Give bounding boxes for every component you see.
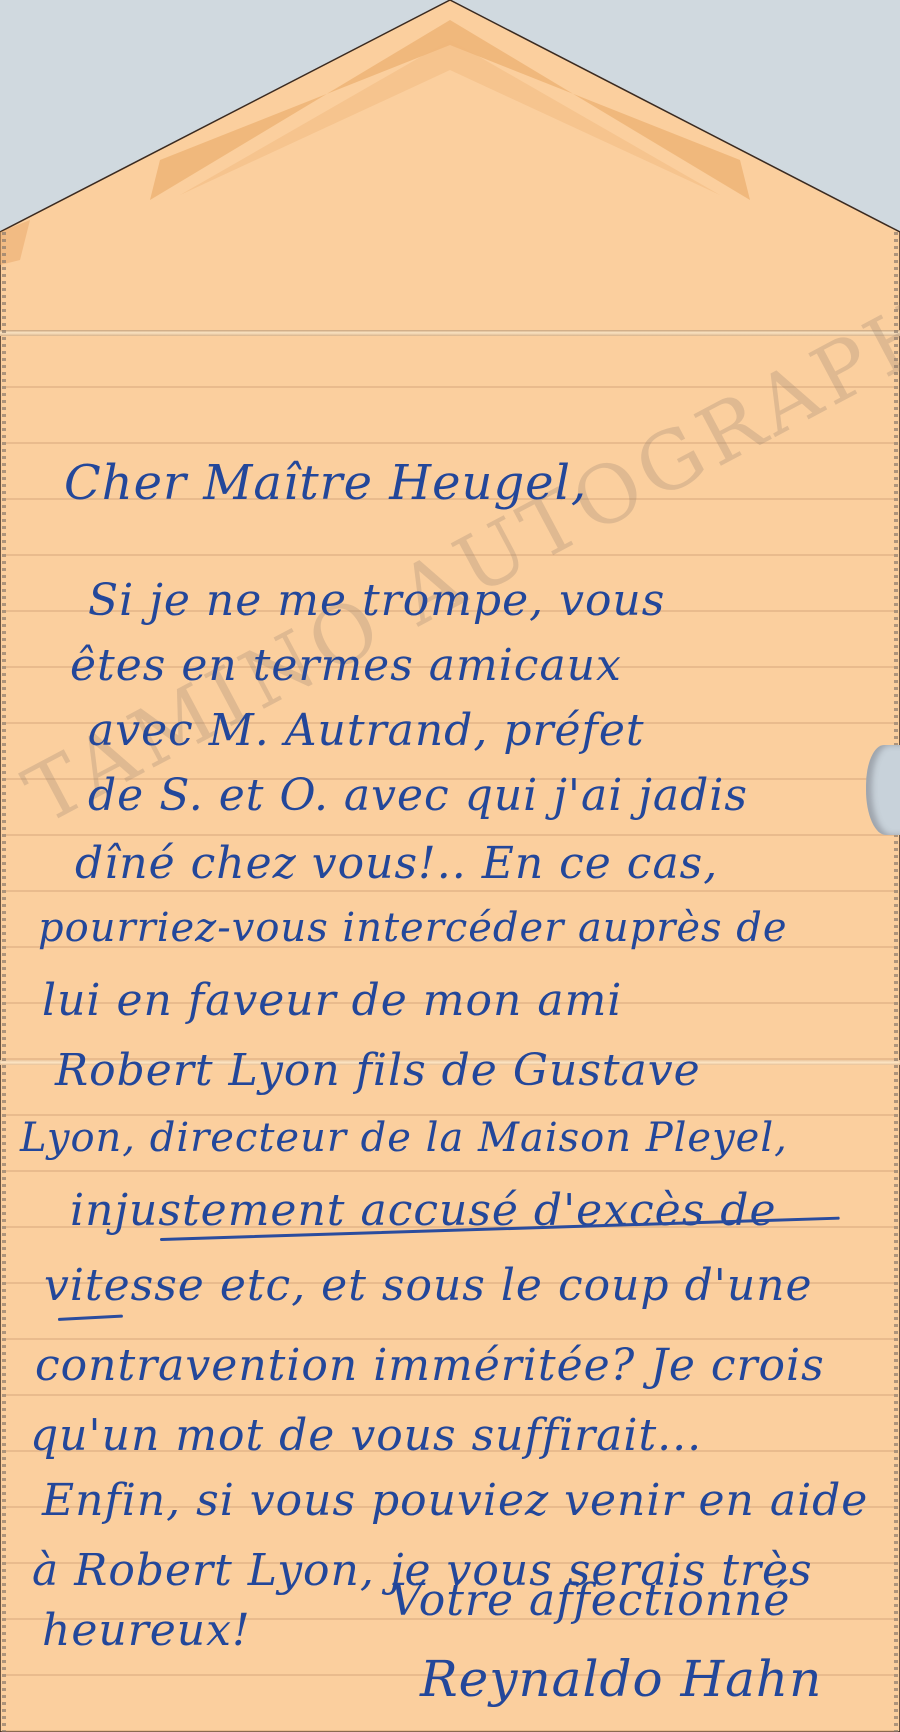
- torn-notch: [866, 745, 900, 835]
- letter-line: pourriez-vous intercéder auprès de: [38, 905, 788, 951]
- closing: Votre affectionné: [390, 1575, 790, 1626]
- letter-line: avec M. Autrand, préfet: [88, 705, 645, 756]
- letter-line: êtes en termes amicaux: [70, 640, 622, 691]
- letter-line: vitesse etc, et sous le coup d'une: [44, 1260, 813, 1311]
- perforated-edge-left: [2, 232, 6, 1732]
- scanned-letter: TAMINO AUTOGRAPHS Cher Maître Heugel, Si…: [0, 0, 900, 1732]
- letter-line: Enfin, si vous pouviez venir en aide: [42, 1475, 868, 1526]
- letter-card: TAMINO AUTOGRAPHS Cher Maître Heugel, Si…: [0, 0, 900, 1732]
- flap-fold-line: [0, 330, 900, 336]
- letter-line: Lyon, directeur de la Maison Pleyel,: [20, 1115, 788, 1161]
- signature: Reynaldo Hahn: [420, 1650, 822, 1708]
- letter-line: contravention imméritée? Je crois: [35, 1340, 825, 1391]
- letter-line: Robert Lyon fils de Gustave: [55, 1045, 701, 1096]
- salutation: Cher Maître Heugel,: [64, 455, 587, 511]
- letter-line: de S. et O. avec qui j'ai jadis: [88, 770, 748, 821]
- letter-line: lui en faveur de mon ami: [42, 975, 622, 1026]
- letter-line: qu'un mot de vous suffirait...: [30, 1410, 702, 1461]
- letter-line: Si je ne me trompe, vous: [88, 575, 665, 626]
- perforated-edge-right: [894, 232, 898, 1732]
- letter-line: dîné chez vous!.. En ce cas,: [75, 838, 718, 889]
- letter-line: heureux!: [42, 1605, 251, 1656]
- letter-line: injustement accusé d'excès de: [70, 1185, 777, 1236]
